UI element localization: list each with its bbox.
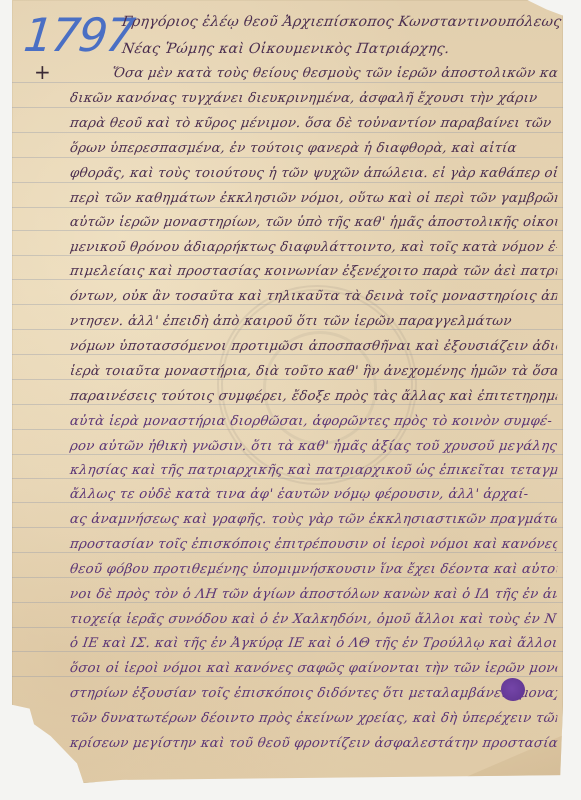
body-line-21: θεοῦ φόβου προτιθεμένης ὑπομιμνήσκουσιν … [69, 562, 558, 577]
body-line-10: όντων, οὐκ ἂν τοσαῦτα καὶ τηλικαῦτα τὰ δ… [69, 289, 558, 304]
salutation-line-2: Νέας Ῥώμης καὶ Οἰκουμενικὸς Πατριάρχης. [121, 41, 463, 57]
ruled-line [12, 404, 563, 405]
body-line-23: τιοχείᾳ ἱερᾶς συνόδου καὶ ὁ ἐν Χαλκηδόνι… [69, 612, 558, 627]
ruled-line [12, 354, 563, 355]
ruled-line [12, 255, 563, 256]
body-line-24: ὁ ΙΕ καὶ ΙΣ. καὶ τῆς ἐν Ἀγκύρᾳ ΙΕ καὶ ὁ … [69, 636, 558, 651]
body-line-17: κλησίας καὶ τῆς πατριαρχικῆς καὶ πατριαρ… [69, 463, 558, 478]
body-line-28: κρίσεων μεγίστην καὶ τοῦ θεοῦ φροντίζειν… [69, 736, 558, 751]
ruled-line [12, 157, 563, 158]
ruled-line [12, 552, 563, 553]
ruled-line [12, 429, 563, 430]
body-line-19: ας ἀναμνήσεως καὶ γραφῆς. τοὺς γὰρ τῶν ἐ… [69, 512, 558, 527]
body-line-26: στηρίων ἐξουσίαν τοῖς ἐπισκόποις διδόντε… [69, 686, 558, 701]
ruled-line [12, 527, 563, 528]
salutation-line-1: Γρηγόριος ἐλέῳ θεοῦ Ἀρχιεπίσκοπος Κωνστα… [121, 14, 563, 30]
body-line-14: παραινέσεις τούτοις συμφέρει, ἔδοξε πρὸς… [69, 389, 558, 404]
ruled-line [12, 207, 563, 208]
body-line-7: αὐτῶν ἱερῶν μοναστηρίων, τῶν ὑπὸ τῆς καθ… [69, 215, 558, 230]
body-line-12: νόμων ὑποτασσόμενοι προτιμῶσι ἀποσπασθῆν… [69, 339, 558, 354]
ruled-line [12, 577, 563, 578]
ruled-line [12, 304, 563, 305]
body-line-11: ντησεν. ἀλλ' ἐπειδὴ ἀπὸ καιροῦ ὅτι τῶν ἱ… [69, 314, 558, 329]
ruled-line [12, 329, 563, 330]
body-line-27: τῶν δυνατωτέρων δέοιντο πρὸς ἐκείνων χρε… [69, 711, 558, 726]
ruled-line [12, 82, 563, 83]
ruled-line [12, 502, 563, 503]
ruled-line [12, 379, 563, 380]
margin-cross-mark: + [34, 60, 51, 84]
ruled-line [12, 230, 563, 231]
ruled-line [12, 454, 563, 455]
ruled-line [12, 107, 563, 108]
ruled-line [12, 651, 563, 652]
body-line-25: ὅσοι οἱ ἱεροὶ νόμοι καὶ κανόνες σαφῶς φα… [69, 661, 558, 676]
ruled-line [12, 132, 563, 133]
body-line-4: ὅρων ὑπερεσπασμένα, ἐν τούτοις φανερὰ ἡ … [69, 141, 558, 156]
body-line-16: ρον αὐτῶν ἠθικὴ γνῶσιν. ὅτι τὰ καθ' ἡμᾶς… [69, 439, 558, 454]
body-line-3: παρὰ θεοῦ καὶ τὸ κῦρος μένιμον. ὅσα δὲ τ… [69, 116, 558, 131]
body-line-1: Ὅσα μὲν κατὰ τοὺς θείους θεσμοὺς τῶν ἱερ… [111, 66, 558, 81]
body-line-8: μενικοῦ θρόνου ἀδιαρρήκτως διαφυλάττοιντ… [69, 240, 558, 255]
body-line-13: ἱερὰ τοιαῦτα μοναστήρια, διὰ τοῦτο καθ' … [69, 364, 558, 379]
body-line-22: νοι δὲ πρὸς τὸν ὁ ΛΗ τῶν ἁγίων ἀποστόλων… [69, 587, 558, 602]
body-line-2: δικῶν κανόνας τυγχάνει διευκρινημένα, ἀσ… [69, 91, 558, 106]
ruled-line [12, 279, 563, 280]
body-line-20: προστασίαν τοῖς ἐπισκόποις ἐπιτρέπουσιν … [69, 537, 558, 552]
body-line-18: ἄλλως τε οὐδὲ κατὰ τινα ἀφ' ἑαυτῶν νόμῳ … [69, 487, 558, 502]
ruled-line [12, 602, 563, 603]
ruled-line [12, 627, 563, 628]
body-line-9: πιμελείαις καὶ προστασίας κοινωνίαν ἐξεν… [69, 264, 558, 279]
archive-number: 1797 [21, 8, 136, 62]
body-line-15: αὐτὰ ἱερὰ μοναστήρια διορθῶσαι, ἀφορῶντε… [69, 414, 558, 429]
body-line-6: περὶ τῶν καθημάτων ἐκκλησιῶν νόμοι, οὕτω… [69, 191, 558, 206]
ink-stain [501, 678, 525, 701]
ruled-line [12, 676, 563, 677]
body-line-5: φθορᾶς, καὶ τοὺς τοιούτους ἡ τῶν ψυχῶν ἀ… [69, 166, 558, 181]
ruled-line [12, 182, 563, 183]
ruled-line [12, 478, 563, 479]
